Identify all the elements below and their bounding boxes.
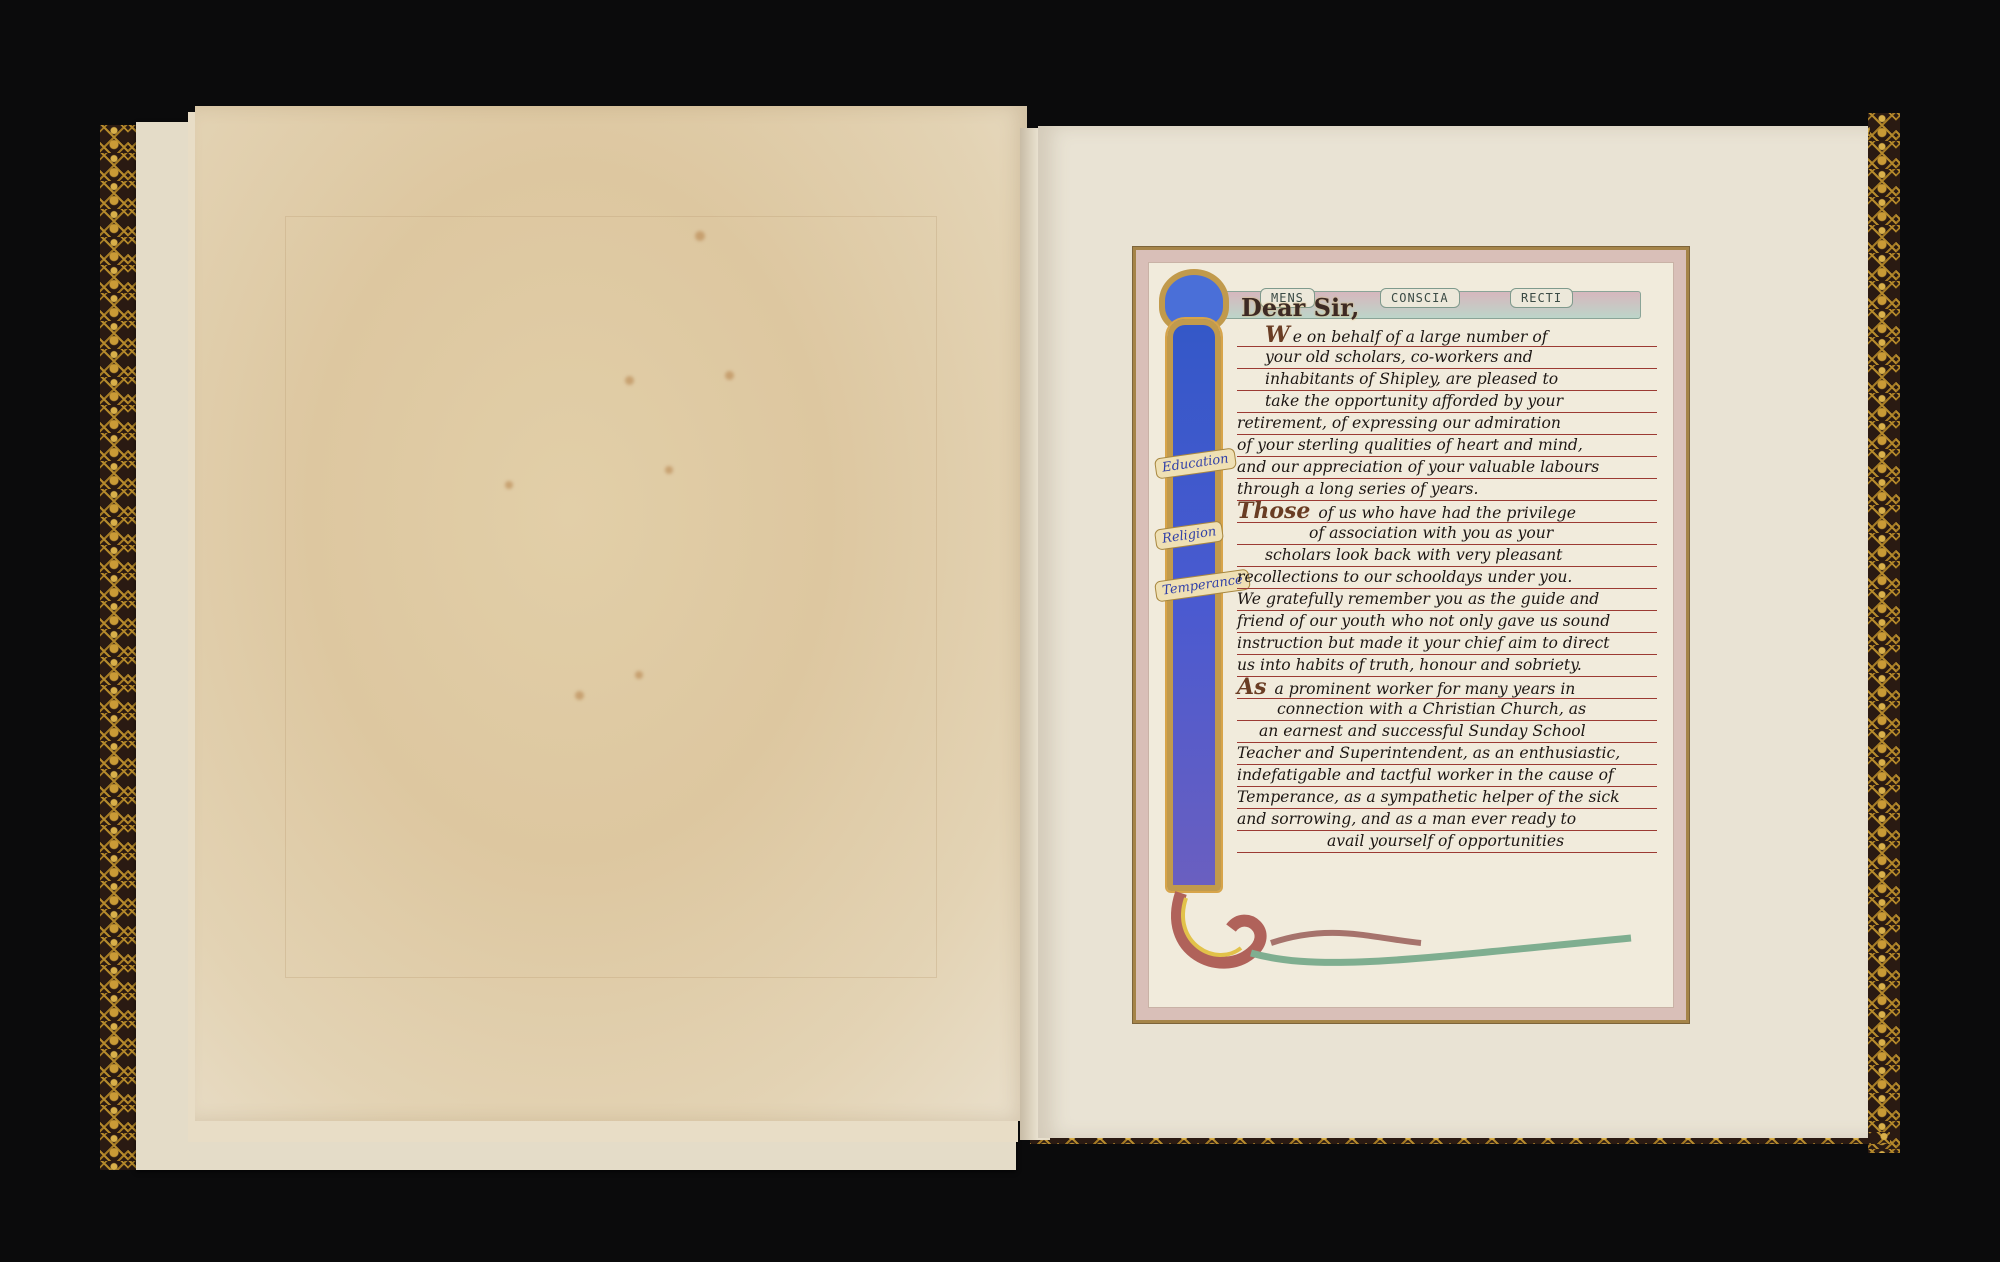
dropcap-as: As	[1237, 677, 1266, 699]
text-line: friend of our youth who not only gave us…	[1237, 611, 1657, 633]
foxing-spot	[505, 481, 513, 489]
text-line: Those of us who have had the privilege	[1237, 501, 1657, 523]
acanthus-swirl-ornament	[1161, 883, 1641, 983]
text-line: We on behalf of a large number of	[1237, 325, 1657, 347]
text-line: your old scholars, co-workers and	[1237, 347, 1657, 369]
foxing-spot	[575, 691, 584, 700]
dropcap-w: W	[1265, 325, 1290, 347]
text-line: and sorrowing, and as a man ever ready t…	[1237, 809, 1657, 831]
illuminated-address-frame: MENS CONSCIA RECTI Education Religion Te…	[1133, 247, 1689, 1023]
text-line: avail yourself of opportunities	[1237, 831, 1657, 853]
offset-plate-mark	[285, 216, 937, 978]
text-line: take the opportunity afforded by your	[1237, 391, 1657, 413]
gilt-border-left	[100, 125, 136, 1170]
text-line: inhabitants of Shipley, are pleased to	[1237, 369, 1657, 391]
motto-word: CONSCIA	[1380, 288, 1460, 308]
foxing-spot	[625, 376, 634, 385]
text-line: us into habits of truth, honour and sobr…	[1237, 655, 1657, 677]
text-line: and our appreciation of your valuable la…	[1237, 457, 1657, 479]
text-line: We gratefully remember you as the guide …	[1237, 589, 1657, 611]
text-line: As a prominent worker for many years in	[1237, 677, 1657, 699]
foxing-spot	[635, 671, 643, 679]
foxing-spot	[725, 371, 734, 380]
text-line: scholars look back with very pleasant	[1237, 545, 1657, 567]
motto-word: RECTI	[1510, 288, 1573, 308]
text-line: of association with you as your	[1237, 523, 1657, 545]
left-page-blank	[195, 106, 1027, 1121]
text-line: an earnest and successful Sunday School	[1237, 721, 1657, 743]
text-line: indefatigable and tactful worker in the …	[1237, 765, 1657, 787]
dropcap-those: Those	[1237, 501, 1310, 523]
foxing-spot	[665, 466, 673, 474]
text-line: of your sterling qualities of heart and …	[1237, 435, 1657, 457]
text-line: Teacher and Superintendent, as an enthus…	[1237, 743, 1657, 765]
address-panel: MENS CONSCIA RECTI Education Religion Te…	[1148, 262, 1674, 1008]
text-line: instruction but made it your chief aim t…	[1237, 633, 1657, 655]
salutation: Dear Sir,	[1241, 293, 1359, 322]
text-line: recollections to our schooldays under yo…	[1237, 567, 1657, 589]
text-line: Temperance, as a sympathetic helper of t…	[1237, 787, 1657, 809]
gilt-border-right	[1868, 113, 1900, 1153]
foxing-spot	[695, 231, 705, 241]
text-line: retirement, of expressing our admiration	[1237, 413, 1657, 435]
illuminated-initial-l	[1167, 319, 1221, 891]
address-text: We on behalf of a large number of your o…	[1237, 325, 1657, 853]
text-line: connection with a Christian Church, as	[1237, 699, 1657, 721]
